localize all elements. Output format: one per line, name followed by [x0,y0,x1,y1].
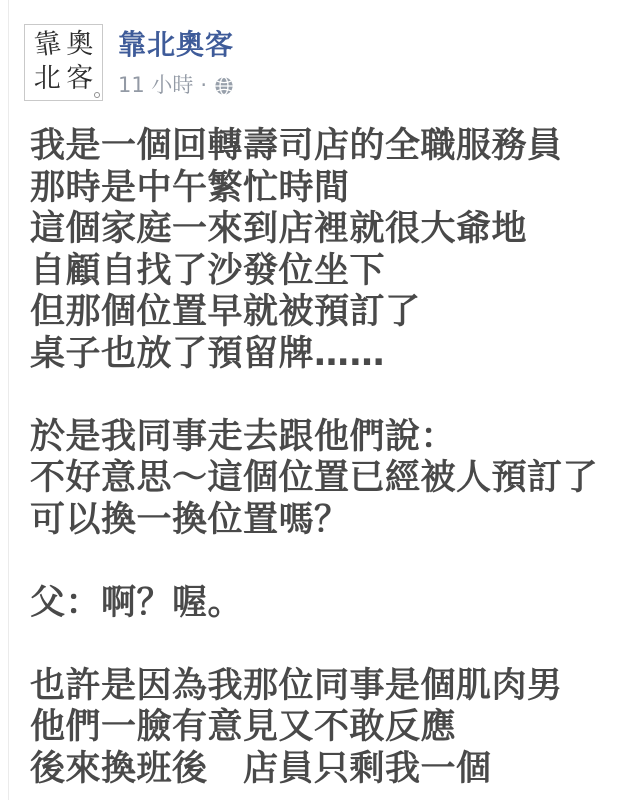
timestamp-link[interactable]: 11 小時 [118,73,193,97]
facebook-post: 靠 奧 北 客 靠北奧客 11 小時 · 我是一個回轉壽司店的全職服務員 那時是… [0,0,622,800]
avatar-char-ao: 奧 [66,31,93,58]
avatar-char-bei: 北 [34,65,61,92]
page-avatar[interactable]: 靠 奧 北 客 [24,24,103,101]
page-name-link[interactable]: 靠北奧客 [118,29,234,61]
avatar-corner-dot [94,92,100,98]
avatar-char-ke: 客 [66,65,93,92]
globe-icon [214,76,234,96]
post-text: 我是一個回轉壽司店的全職服務員 那時是中午繁忙時間 這個家庭一來到店裡就很大爺地… [30,126,610,790]
meta-separator: · [200,73,207,97]
avatar-seal-logo: 靠 奧 北 客 [31,28,96,95]
avatar-char-kao: 靠 [32,30,62,60]
card-left-border [8,0,9,800]
post-meta: 11 小時 · [118,73,234,97]
